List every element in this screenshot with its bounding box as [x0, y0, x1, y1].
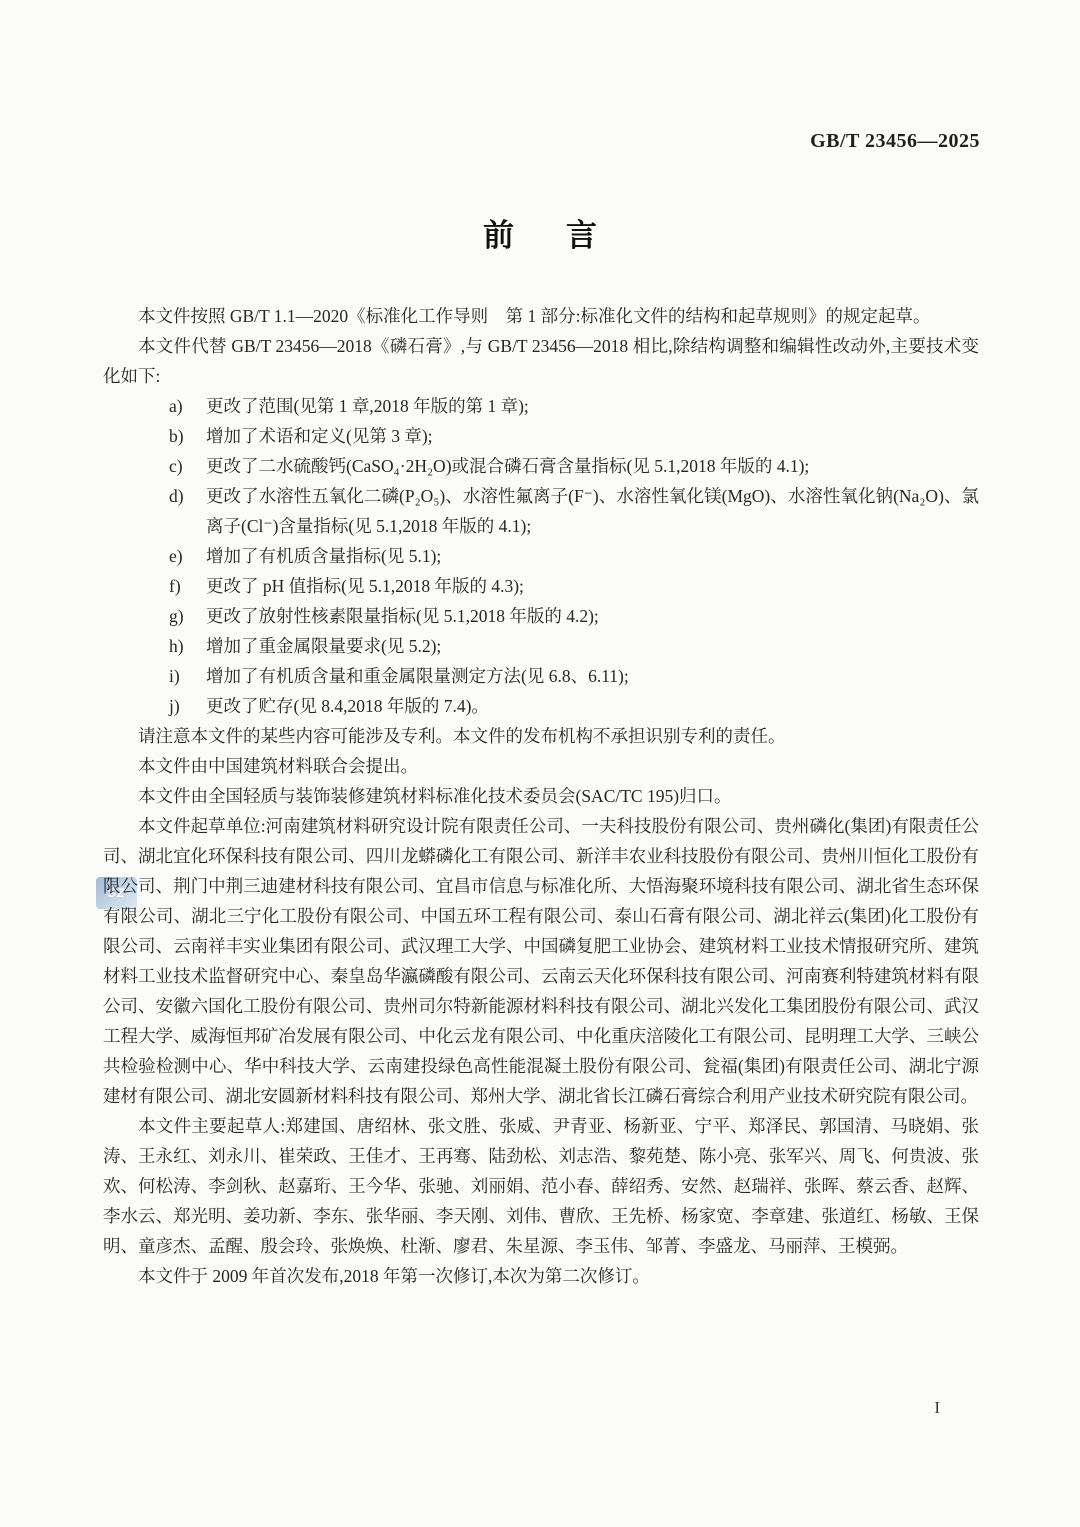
change-item-label: e) — [169, 541, 206, 571]
page-number: I — [934, 1398, 940, 1418]
change-item-b: b) 增加了术语和定义(见第 3 章); — [103, 421, 979, 451]
change-item-text: 增加了有机质含量指标(见 5.1); — [206, 541, 979, 571]
change-item-label: i) — [169, 661, 206, 691]
title-char-2: 言 — [566, 218, 597, 253]
change-item-label: h) — [169, 631, 206, 661]
change-item-a: a) 更改了范围(见第 1 章,2018 年版的第 1 章); — [103, 391, 979, 421]
change-item-text: 更改了 pH 值指标(见 5.1,2018 年版的 4.3); — [206, 571, 979, 601]
title-char-1: 前 — [483, 218, 514, 253]
document-page: GB/T 23456—2025 前言 SZ 本文件按照 GB/T 1.1—202… — [0, 0, 1080, 1527]
change-item-label: d) — [169, 481, 206, 541]
paragraph-drafting-units: 本文件起草单位:河南建筑材料研究设计院有限责任公司、一夫科技股份有限公司、贵州磷… — [103, 811, 979, 1111]
paragraph-patent-notice: 请注意本文件的某些内容可能涉及专利。本文件的发布机构不承担识别专利的责任。 — [103, 721, 979, 751]
change-item-d: d) 更改了水溶性五氧化二磷(P₂O₅)、水溶性氟离子(F⁻)、水溶性氧化镁(M… — [103, 481, 979, 541]
paragraph-history: 本文件于 2009 年首次发布,2018 年第一次修订,本次为第二次修订。 — [103, 1261, 979, 1291]
paragraph-drafters: 本文件主要起草人:郑建国、唐绍林、张文胜、张威、尹青亚、杨新亚、宁平、郑泽民、郭… — [103, 1111, 979, 1261]
change-item-text: 增加了术语和定义(见第 3 章); — [206, 421, 979, 451]
changes-list: a) 更改了范围(见第 1 章,2018 年版的第 1 章); b) 增加了术语… — [103, 391, 979, 721]
change-item-label: g) — [169, 601, 206, 631]
change-item-text: 更改了范围(见第 1 章,2018 年版的第 1 章); — [206, 391, 979, 421]
change-item-c: c) 更改了二水硫酸钙(CaSO₄·2H₂O)或混合磷石膏含量指标(见 5.1,… — [103, 451, 979, 481]
change-item-f: f) 更改了 pH 值指标(见 5.1,2018 年版的 4.3); — [103, 571, 979, 601]
change-item-label: c) — [169, 451, 206, 481]
change-item-h: h) 增加了重金属限量要求(见 5.2); — [103, 631, 979, 661]
change-item-j: j) 更改了贮存(见 8.4,2018 年版的 7.4)。 — [103, 691, 979, 721]
paragraph-proposed-by: 本文件由中国建筑材料联合会提出。 — [103, 751, 979, 781]
standard-number: GB/T 23456—2025 — [810, 130, 980, 153]
change-item-text: 增加了重金属限量要求(见 5.2); — [206, 631, 979, 661]
change-item-text: 更改了二水硫酸钙(CaSO₄·2H₂O)或混合磷石膏含量指标(见 5.1,201… — [206, 451, 979, 481]
change-item-text: 更改了放射性核素限量指标(见 5.1,2018 年版的 4.2); — [206, 601, 979, 631]
page-title: 前言 — [0, 210, 1080, 255]
change-item-label: a) — [169, 391, 206, 421]
change-item-label: j) — [169, 691, 206, 721]
change-item-label: f) — [169, 571, 206, 601]
paragraph-centralized-by: 本文件由全国轻质与装饰装修建筑材料标准化技术委员会(SAC/TC 195)归口。 — [103, 781, 979, 811]
paragraph-drafting-rule: 本文件按照 GB/T 1.1—2020《标准化工作导则 第 1 部分:标准化文件… — [103, 301, 979, 331]
change-item-e: e) 增加了有机质含量指标(见 5.1); — [103, 541, 979, 571]
change-item-text: 更改了贮存(见 8.4,2018 年版的 7.4)。 — [206, 691, 979, 721]
change-item-g: g) 更改了放射性核素限量指标(见 5.1,2018 年版的 4.2); — [103, 601, 979, 631]
change-item-text: 增加了有机质含量和重金属限量测定方法(见 6.8、6.11); — [206, 661, 979, 691]
change-item-i: i) 增加了有机质含量和重金属限量测定方法(见 6.8、6.11); — [103, 661, 979, 691]
change-item-label: b) — [169, 421, 206, 451]
change-item-text: 更改了水溶性五氧化二磷(P₂O₅)、水溶性氟离子(F⁻)、水溶性氧化镁(MgO)… — [206, 481, 979, 541]
foreword-body: 本文件按照 GB/T 1.1—2020《标准化工作导则 第 1 部分:标准化文件… — [103, 301, 979, 1291]
paragraph-replacement: 本文件代替 GB/T 23456—2018《磷石膏》,与 GB/T 23456—… — [103, 331, 979, 391]
